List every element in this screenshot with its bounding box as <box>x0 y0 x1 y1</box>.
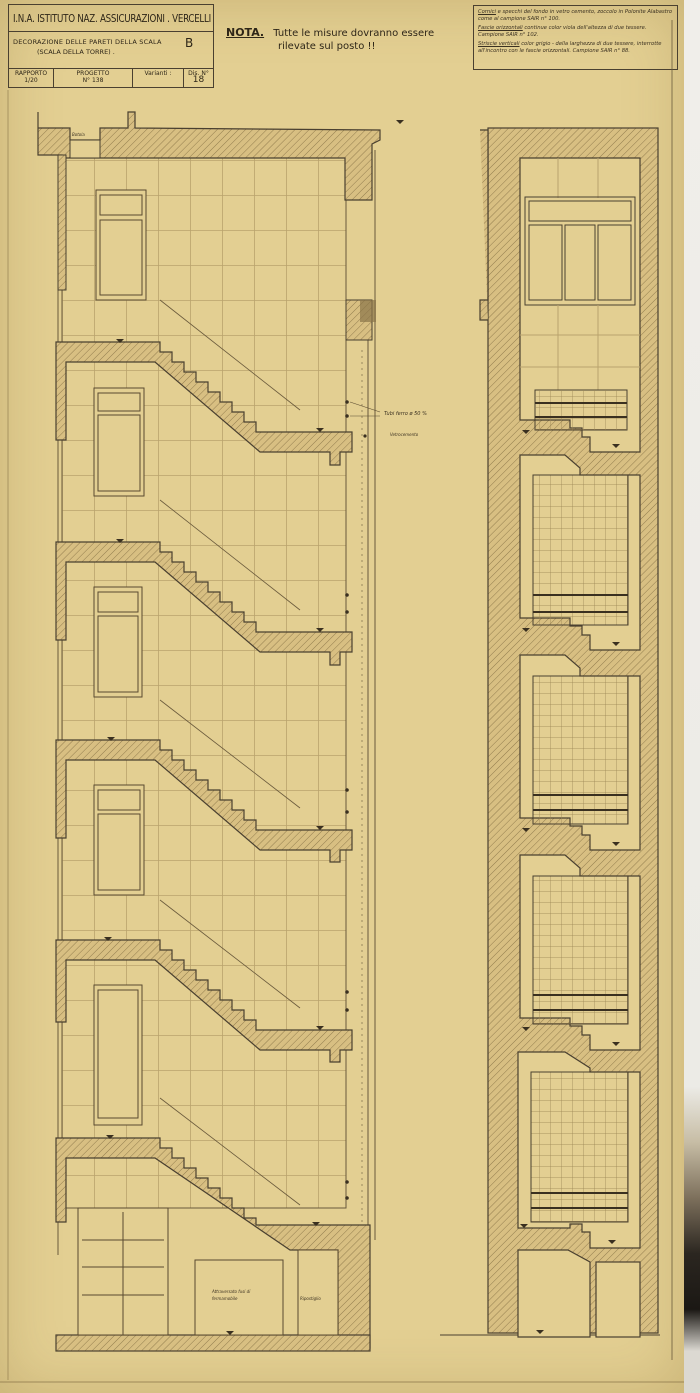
glass-block-panel <box>533 676 628 824</box>
bottom-box-label-1: Attraversato fusi di <box>211 1289 251 1294</box>
storage-label: Ripostiglio <box>300 1296 321 1301</box>
glass-block-panel <box>531 1072 628 1222</box>
pipe-label: Tubi ferro ø 50 % <box>384 411 427 417</box>
glass-block-label: Vetrocemento <box>390 432 419 437</box>
bottom-box-label-2: fermamobile <box>212 1296 238 1301</box>
glass-block-panel <box>533 475 628 625</box>
glass-block-panel <box>533 876 628 1024</box>
right-section-elevation <box>440 20 672 1360</box>
stairwell-drawings: Botola Tubi ferro ø 50 % Vetrocemento At… <box>0 0 700 1393</box>
left-section-elevation <box>38 112 404 1351</box>
roof-hatch-label: Botola <box>72 132 85 137</box>
